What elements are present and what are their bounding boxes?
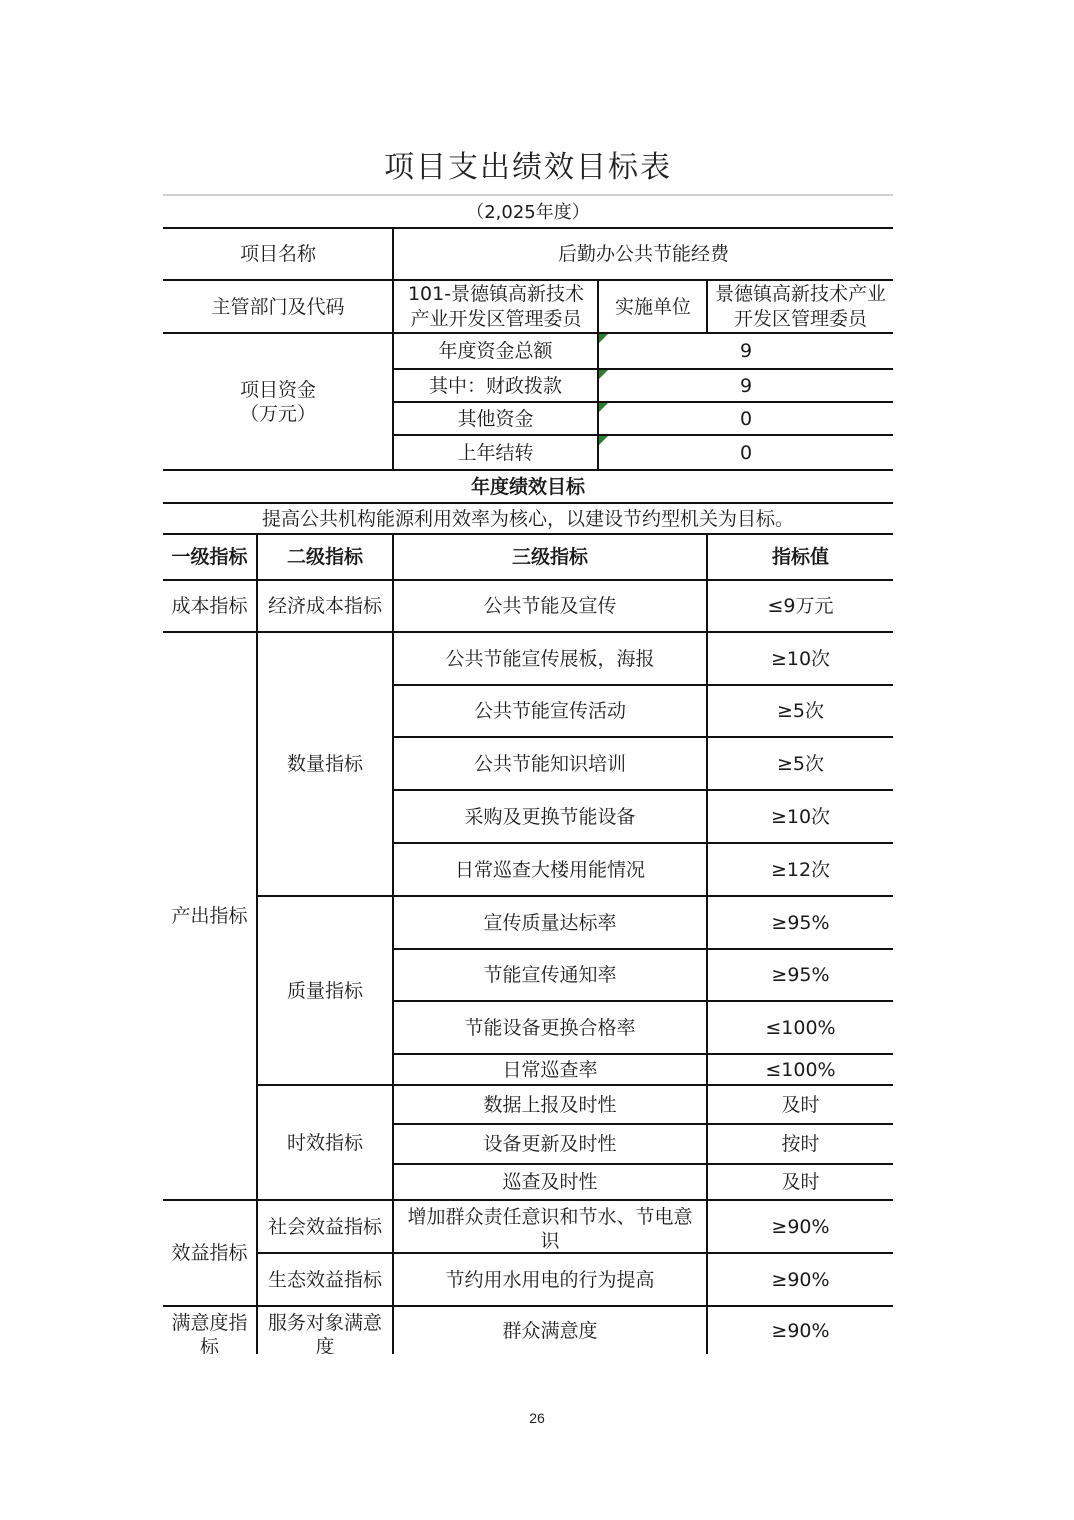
- cell-indicator-icon: [599, 370, 608, 379]
- funds-label-line2: （万元）: [240, 402, 316, 426]
- indicator-value: ≥90%: [708, 1201, 893, 1252]
- indicator-name: 采购及更换节能设备: [394, 791, 706, 842]
- level2-quality: 质量指标: [258, 897, 392, 1084]
- funds-row-label: 其中：财政拨款: [394, 370, 597, 401]
- funds-row-label: 上年结转: [394, 436, 597, 469]
- indicator-name: 节能宣传通知率: [394, 950, 706, 1000]
- funds-row-value: 9: [599, 334, 893, 368]
- indicator-value: ≤100%: [708, 1055, 893, 1084]
- funds-label-line1: 项目资金: [240, 378, 316, 402]
- fiscal-year-label: （2,025年度）: [163, 198, 893, 228]
- indicator-name: 节约用水用电的行为提高: [394, 1254, 706, 1305]
- indicator-value: ≥95%: [708, 950, 893, 1000]
- indicator-name: 设备更新及时性: [394, 1125, 706, 1163]
- level2-service-satisfaction: 服务对象满意度: [258, 1307, 392, 1354]
- indicator-value: 及时: [708, 1165, 893, 1199]
- indicator-name: 巡查及时性: [394, 1165, 706, 1199]
- funds-row-value: 0: [599, 436, 893, 469]
- indicator-name: 节能设备更换合格率: [394, 1002, 706, 1053]
- cell-indicator-icon: [599, 334, 608, 343]
- header-value: 指标值: [708, 535, 893, 579]
- funds-label: 项目资金 （万元）: [163, 334, 393, 469]
- project-name-label: 项目名称: [163, 229, 393, 279]
- indicator-name: 日常巡查率: [394, 1055, 706, 1084]
- indicator-value: ≥95%: [708, 897, 893, 948]
- dept-value: 101-景德镇高新技术产业开发区管理委员: [394, 281, 598, 332]
- level2-timeliness: 时效指标: [258, 1086, 392, 1199]
- funds-row-label: 年度资金总额: [394, 334, 597, 368]
- indicator-value: ≥5次: [708, 738, 893, 789]
- level2-economic-cost: 经济成本指标: [258, 581, 392, 631]
- indicator-value: 及时: [708, 1086, 893, 1123]
- indicator-name: 公共节能知识培训: [394, 738, 706, 789]
- indicator-name: 宣传质量达标率: [394, 897, 706, 948]
- indicator-value: ≥90%: [708, 1254, 893, 1305]
- level2-ecological-benefit: 生态效益指标: [258, 1254, 392, 1305]
- level2-social-benefit: 社会效益指标: [258, 1201, 392, 1252]
- indicator-name: 增加群众责任意识和节水、节电意识: [394, 1201, 706, 1252]
- indicator-value: ≤100%: [708, 1002, 893, 1053]
- project-name-value: 后勤办公共节能经费: [394, 229, 893, 279]
- indicator-value: ≤9万元: [708, 581, 893, 631]
- level1-satisfaction: 满意度指标: [163, 1307, 256, 1354]
- indicator-name: 公共节能宣传活动: [394, 686, 706, 736]
- indicator-name: 公共节能及宣传: [394, 581, 706, 631]
- level1-cost: 成本指标: [163, 581, 256, 631]
- dept-label: 主管部门及代码: [163, 281, 393, 332]
- title-divider: [163, 194, 893, 196]
- funds-row-label: 其他资金: [394, 403, 597, 434]
- impl-value: 景德镇高新技术产业开发区管理委员: [708, 281, 893, 332]
- indicator-value: ≥10次: [708, 791, 893, 842]
- indicator-name: 数据上报及时性: [394, 1086, 706, 1123]
- level2-quantity: 数量指标: [258, 633, 392, 895]
- indicator-value: ≥12次: [708, 844, 893, 895]
- header-level1: 一级指标: [163, 535, 256, 579]
- page-number: 26: [487, 1410, 587, 1430]
- header-level3: 三级指标: [394, 535, 706, 579]
- level1-benefit: 效益指标: [163, 1201, 256, 1305]
- page-title: 项目支出绩效目标表: [163, 146, 893, 190]
- funds-row-value: 0: [599, 403, 893, 434]
- impl-label: 实施单位: [599, 281, 707, 332]
- annual-goal-text: 提高公共机构能源利用效率为核心，以建设节约型机关为目标。: [163, 504, 893, 533]
- level1-output: 产出指标: [163, 633, 256, 1199]
- indicator-name: 群众满意度: [394, 1307, 706, 1354]
- cell-indicator-icon: [599, 403, 608, 412]
- indicator-name: 日常巡查大楼用能情况: [394, 844, 706, 895]
- indicator-value: 按时: [708, 1125, 893, 1163]
- cell-indicator-icon: [599, 436, 608, 445]
- header-level2: 二级指标: [258, 535, 392, 579]
- indicator-value: ≥10次: [708, 633, 893, 684]
- annual-goal-heading: 年度绩效目标: [163, 471, 893, 502]
- indicator-value: ≥5次: [708, 686, 893, 736]
- indicator-value: ≥90%: [708, 1307, 893, 1354]
- funds-row-value: 9: [599, 370, 893, 401]
- indicator-name: 公共节能宣传展板，海报: [394, 633, 706, 684]
